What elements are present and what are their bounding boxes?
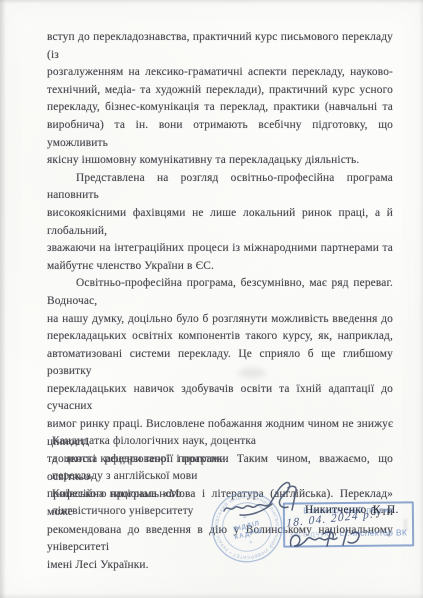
text-line: зважаючи на інтеграційних процеси із між… <box>47 240 393 258</box>
text-line: автоматизовані системи перекладу. Це спр… <box>47 346 393 381</box>
text-line: Освітньо-професійна програма, безсумнівн… <box>47 275 393 310</box>
scan-edge-shadow-bottom <box>0 593 423 598</box>
signature-block-line: Кандидатка філологічних наук, доцентка <box>52 433 282 451</box>
handwritten-signature-over-seal <box>218 480 310 532</box>
scan-edge-shadow-top <box>0 0 423 4</box>
text-line: перекладацьких освітніх компонентів тако… <box>47 328 393 346</box>
text-line: якісну іншомовну комунікативну та перекл… <box>47 152 393 170</box>
text-line: майбутнє членство України в ЄС. <box>47 258 393 276</box>
text-line: розгалуженням на лексико-граматичні аспе… <box>47 64 393 82</box>
signature-block-line: доцентка кафедри теорії і практики <box>52 451 282 469</box>
seal-bottom-mark: ✻ <box>249 540 254 545</box>
document-page: вступ до перекладознавства, практичний к… <box>0 0 423 598</box>
scan-edge-shadow-left <box>0 0 6 598</box>
text-line: вступ до перекладознавства, практичний к… <box>47 29 393 64</box>
handwritten-signature <box>287 526 365 554</box>
text-line: на нашу думку, доцільно було б розглянут… <box>47 311 393 329</box>
text-line: технічний, медіа- та художній переклади)… <box>47 82 393 100</box>
ink-bleed-smudge <box>238 368 266 378</box>
text-line: перекладу, бізнес-комунікація та перекла… <box>47 99 393 117</box>
scan-edge-shadow-right <box>419 0 423 598</box>
text-line: виробнича) та ін. вони отримають всебічн… <box>47 117 393 152</box>
text-line: високоякісними фахівцями не лише локальн… <box>47 205 393 240</box>
text-line: перекладацьких навичок здобувачів освіти… <box>47 381 393 416</box>
text-line: Представлена на розгляд освітньо-професі… <box>47 170 393 205</box>
